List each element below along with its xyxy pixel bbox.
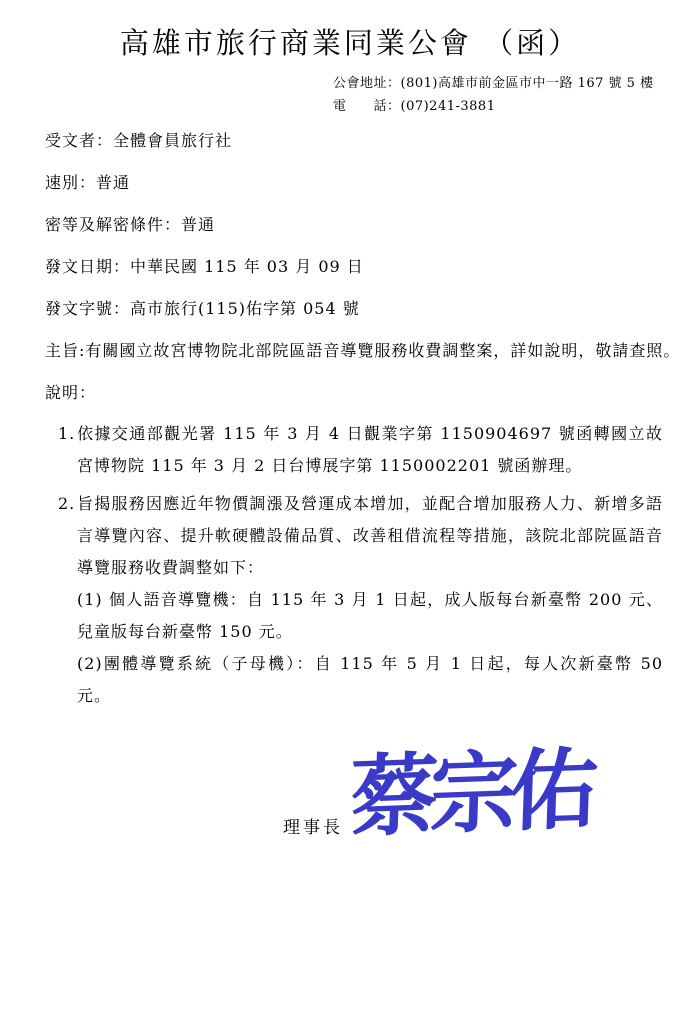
header-fields: 受文者：全體會員旅行社 速別：普通 密等及解密條件：普通 發文日期：中華民國 1…: [45, 118, 693, 412]
doc-number-line: 發文字號：高市旅行(115)佑字第 054 號: [45, 286, 693, 328]
item-number: 2.: [58, 488, 77, 712]
explanation-item-1: 1. 依據交通部觀光署 115 年 3 月 4 日觀業字第 1150904697…: [58, 418, 700, 482]
document-page: 高雄市旅行商業同業公會 （函） 公會地址：(801)高雄市前金區市中一路 167…: [0, 0, 700, 1024]
item-text: 依據交通部觀光署 115 年 3 月 4 日觀業字第 1150904697 號函…: [77, 424, 663, 475]
explanation-heading: 說明：: [45, 370, 693, 412]
explanation-item-2: 2. 旨揭服務因應近年物價調漲及營運成本增加，並配合增加服務人力、新增多語言導覽…: [58, 488, 700, 712]
subitem-1: (1) 個人語音導覽機：自 115 年 3 月 1 日起，成人版每台新臺幣 20…: [77, 584, 663, 648]
issue-date-line: 發文日期：中華民國 115 年 03 月 09 日: [45, 244, 693, 286]
chairman-signature: 蔡宗佑: [348, 739, 591, 848]
item-body: 旨揭服務因應近年物價調漲及營運成本增加，並配合增加服務人力、新增多語言導覽內容、…: [77, 488, 663, 712]
chairman-role-label: 理事長: [283, 813, 343, 838]
item-body: 依據交通部觀光署 115 年 3 月 4 日觀業字第 1150904697 號函…: [77, 418, 663, 482]
explanation-list: 1. 依據交通部觀光署 115 年 3 月 4 日觀業字第 1150904697…: [58, 418, 700, 712]
recipient-line: 受文者：全體會員旅行社: [45, 118, 693, 160]
document-title: 高雄市旅行商業同業公會 （函）: [0, 0, 700, 62]
item-text: 旨揭服務因應近年物價調漲及營運成本增加，並配合增加服務人力、新增多語言導覽內容、…: [77, 494, 663, 577]
speed-line: 速別：普通: [45, 160, 693, 202]
association-address: 公會地址：(801)高雄市前金區市中一路 167 號 5 樓: [333, 72, 700, 95]
association-contact-block: 公會地址：(801)高雄市前金區市中一路 167 號 5 樓 電 話：(07)2…: [333, 72, 700, 118]
item-number: 1.: [58, 418, 77, 482]
classification-line: 密等及解密條件：普通: [45, 202, 693, 244]
subject-line: 主旨:有關國立故宮博物院北部院區語音導覽服務收費調整案，詳如說明，敬請查照。: [45, 328, 693, 370]
subitem-2: (2)團體導覽系統（子母機）：自 115 年 5 月 1 日起，每人次新臺幣 5…: [77, 648, 663, 712]
association-phone: 電 話：(07)241-3881: [333, 95, 700, 118]
signature-block: 理事長 蔡宗佑: [0, 745, 700, 885]
